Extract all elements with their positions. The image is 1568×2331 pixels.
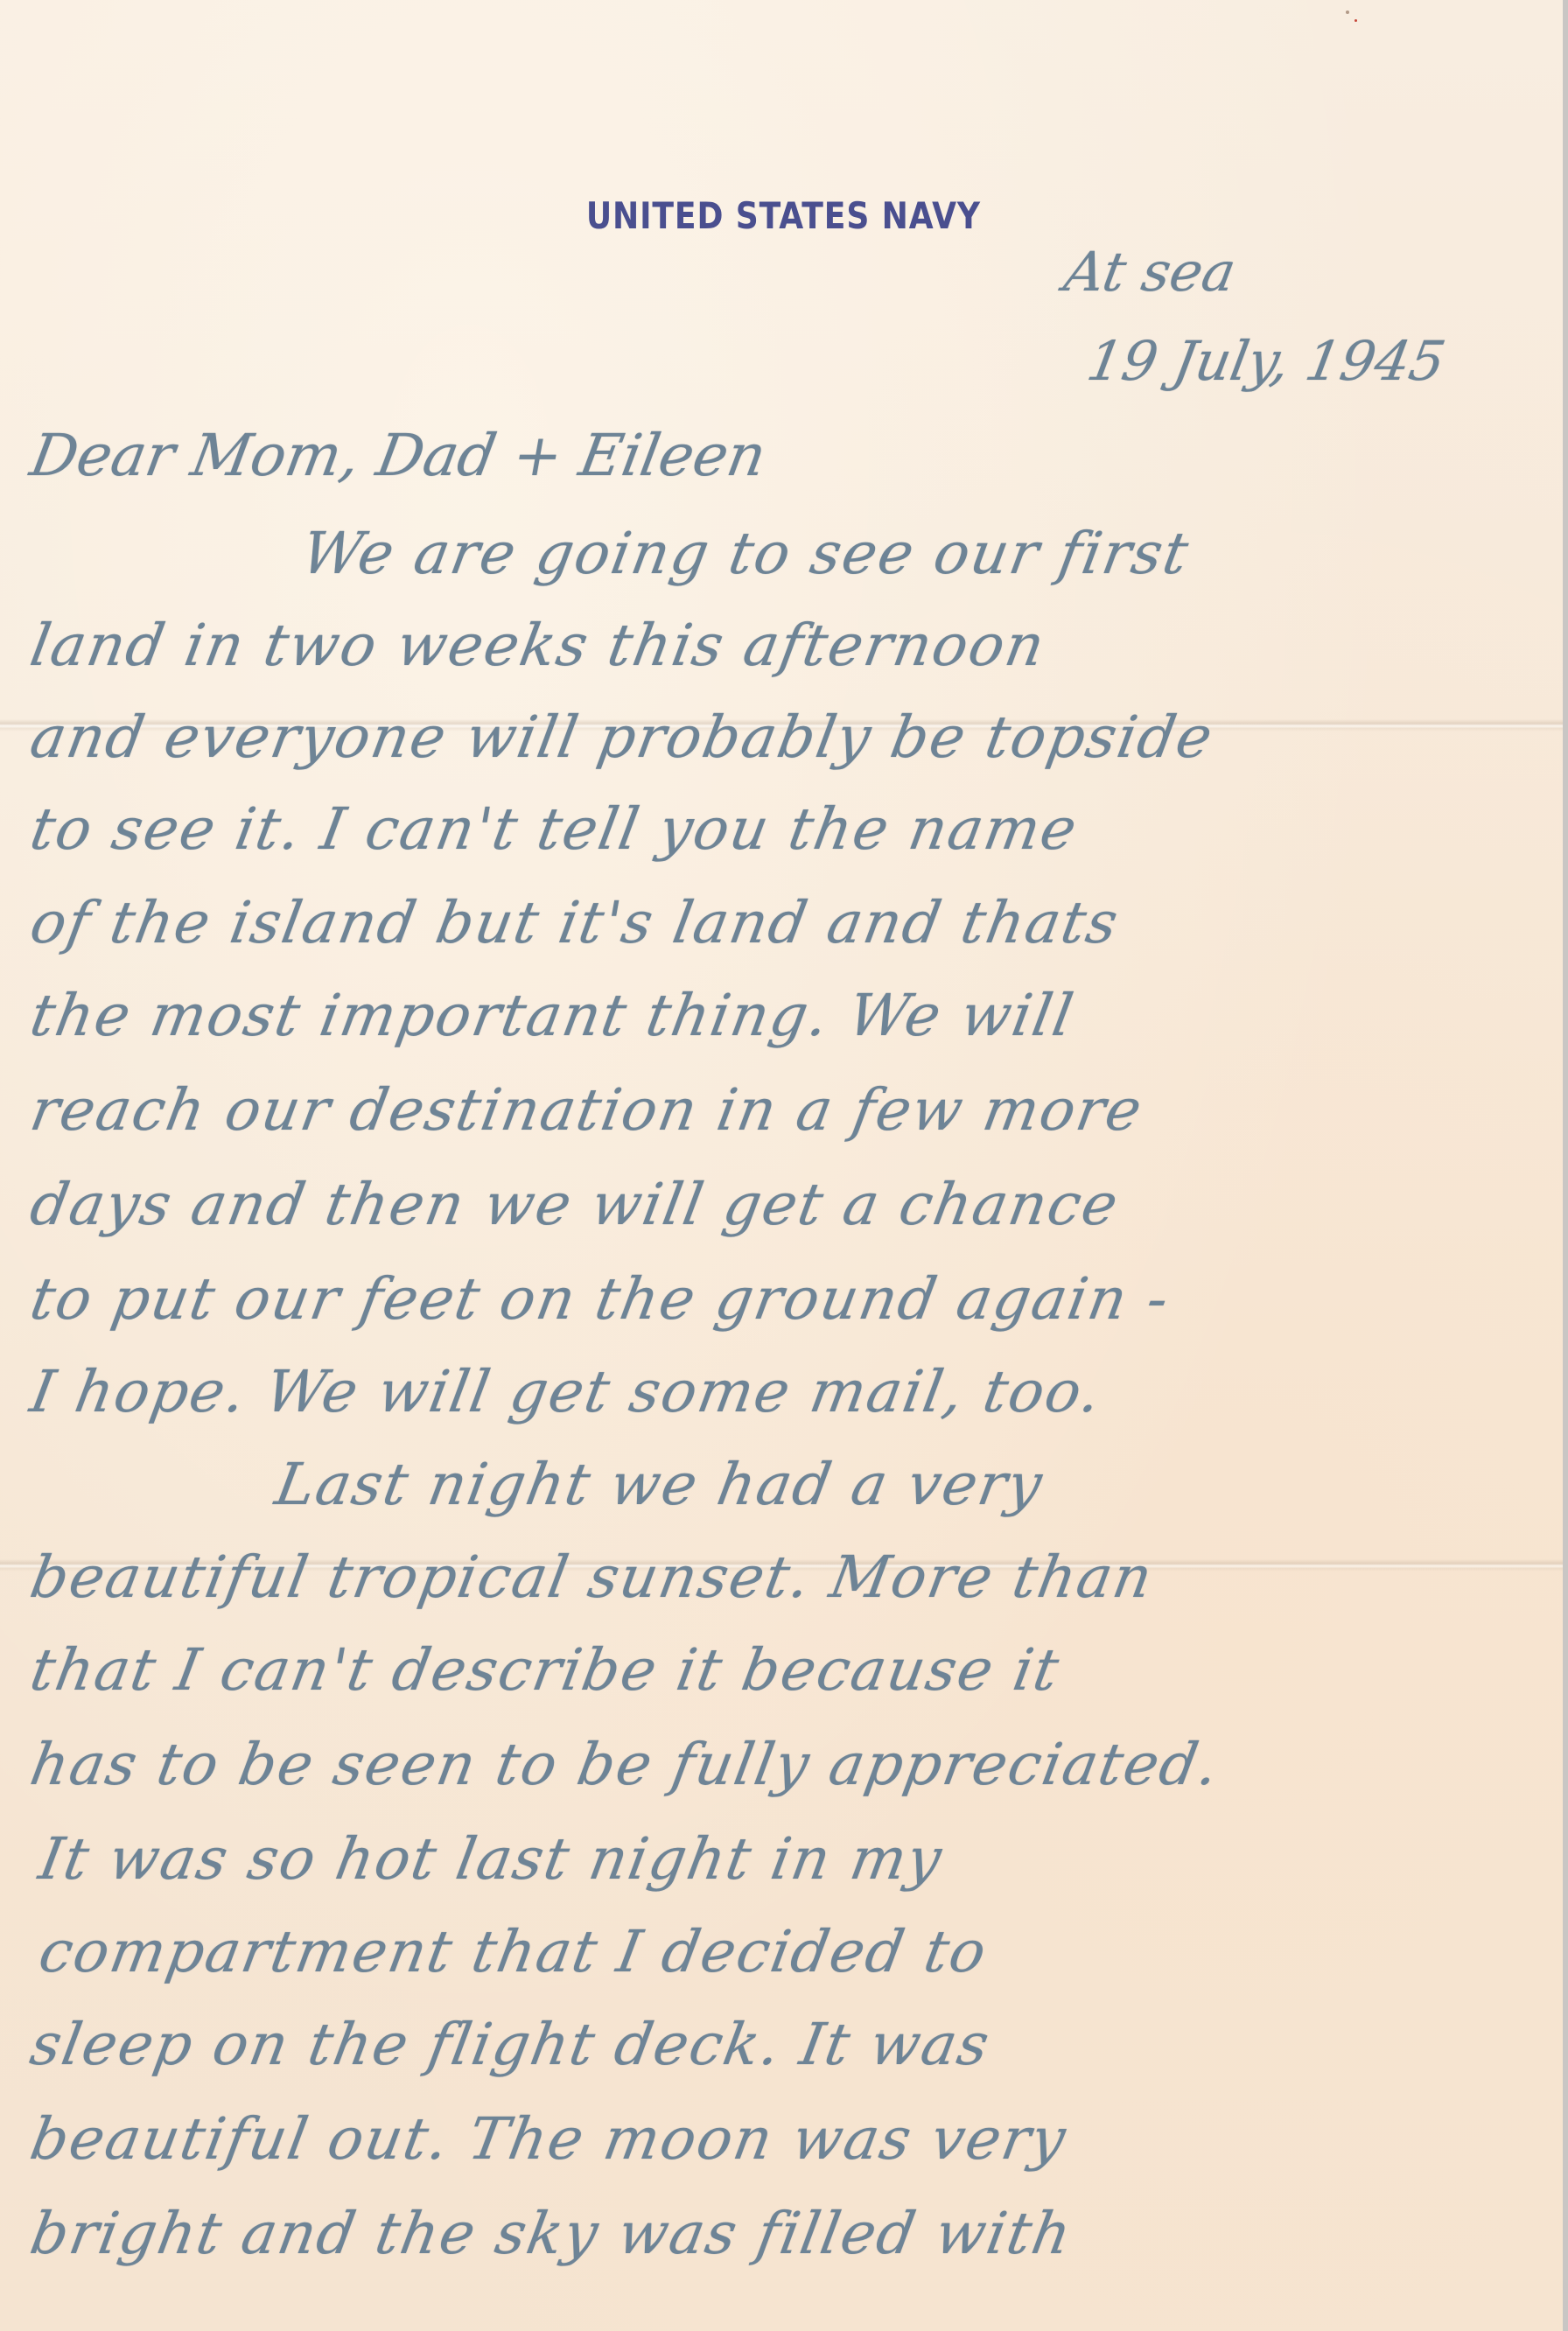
- salutation: Dear Mom, Dad + Eileen: [26, 427, 770, 485]
- letter-page: UNITED STATES NAVY At sea 19 July, 1945 …: [0, 0, 1568, 2331]
- body-line: It was so hot last night in my: [35, 1830, 947, 1888]
- body-line: that I can't describe it because it: [26, 1641, 1064, 1699]
- body-line: beautiful out. The moon was very: [26, 2110, 1071, 2168]
- body-line: sleep on the flight deck. It was: [26, 2016, 995, 2074]
- body-line: has to be seen to be fully appreciated.: [26, 1736, 1224, 1794]
- body-line: of the island but it's land and thats: [26, 894, 1123, 952]
- dateline-location: At sea: [1060, 245, 1240, 299]
- paper-speck: [1354, 19, 1357, 22]
- body-line: to put our feet on the ground again -: [26, 1270, 1174, 1328]
- body-line: and everyone will probably be topside: [26, 709, 1218, 766]
- body-line: I hope. We will get some mail, too.: [26, 1363, 1106, 1421]
- body-line: the most important thing. We will: [26, 987, 1079, 1045]
- dateline-date: 19 July, 1945: [1083, 334, 1449, 388]
- body-line: compartment that I decided to: [35, 1923, 991, 1981]
- body-line: We are going to see our first: [297, 525, 1193, 583]
- body-line: beautiful tropical sunset. More than: [26, 1549, 1158, 1606]
- body-line: land in two weeks this afternoon: [26, 617, 1050, 675]
- body-line: Last night we had a very: [271, 1456, 1047, 1514]
- letterhead: UNITED STATES NAVY: [111, 194, 1455, 237]
- paper-speck: [1346, 10, 1349, 14]
- body-line: to see it. I can't tell you the name: [26, 801, 1082, 858]
- body-line: reach our destination in a few more: [26, 1081, 1147, 1139]
- body-line: days and then we will get a chance: [26, 1176, 1123, 1234]
- body-line: bright and the sky was filled with: [26, 2205, 1076, 2263]
